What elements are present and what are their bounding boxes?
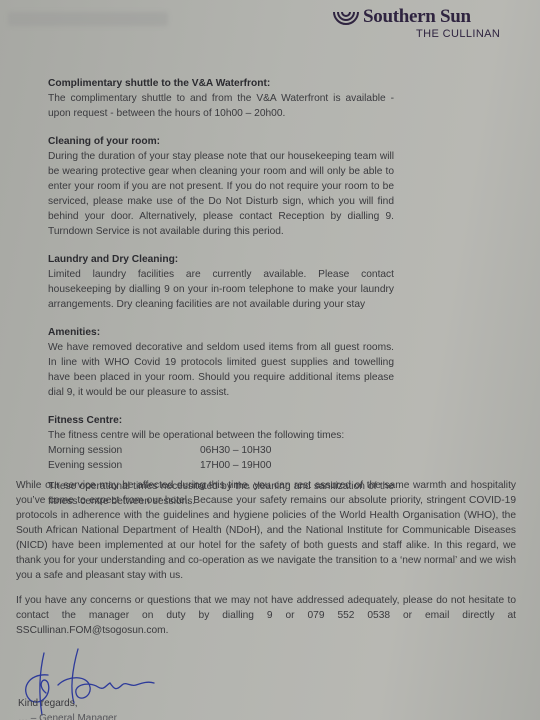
contact-paragraph: If you have any concerns or questions th… [16,593,516,638]
property-name: THE CULLINAN [416,28,500,40]
signatory-line: … – General Manager [18,713,117,720]
section-laundry: Laundry and Dry Cleaning: Limited laundr… [48,252,394,312]
session-label: Morning session [48,443,200,458]
section-heading: Complimentary shuttle to the V&A Waterfr… [48,76,394,91]
concentric-arcs-logo-icon [332,6,360,32]
session-times: Morning session 06H30 – 10H30 Evening se… [48,443,394,473]
section-heading: Laundry and Dry Cleaning: [48,252,394,267]
fitness-intro: The fitness centre will be operational b… [48,428,394,443]
section-body: During the duration of your stay please … [48,149,394,239]
session-label: Evening session [48,458,200,473]
session-time: 17H00 – 19H00 [200,458,394,473]
section-heading: Amenities: [48,325,394,340]
section-body: The complimentary shuttle to and from th… [48,91,394,121]
letter-body: Complimentary shuttle to the V&A Waterfr… [48,76,394,522]
letter-page: Southern Sun THE CULLINAN Complimentary … [0,0,540,720]
closing-paragraph: While our service may be affected during… [16,478,516,583]
hotel-logo: Southern Sun THE CULLINAN [330,4,535,44]
section-room-cleaning: Cleaning of your room: During the durati… [48,134,394,239]
section-heading: Fitness Centre: [48,413,394,428]
session-time: 06H30 – 10H30 [200,443,394,458]
section-heading: Cleaning of your room: [48,134,394,149]
section-amenities: Amenities: We have removed decorative an… [48,325,394,400]
closing-salutation: Kind regards, [18,698,77,709]
section-body: We have removed decorative and seldom us… [48,340,394,400]
show-through-text [8,12,168,26]
section-body: Limited laundry facilities are currently… [48,267,394,312]
brand-name: Southern Sun [363,6,471,28]
section-shuttle: Complimentary shuttle to the V&A Waterfr… [48,76,394,121]
